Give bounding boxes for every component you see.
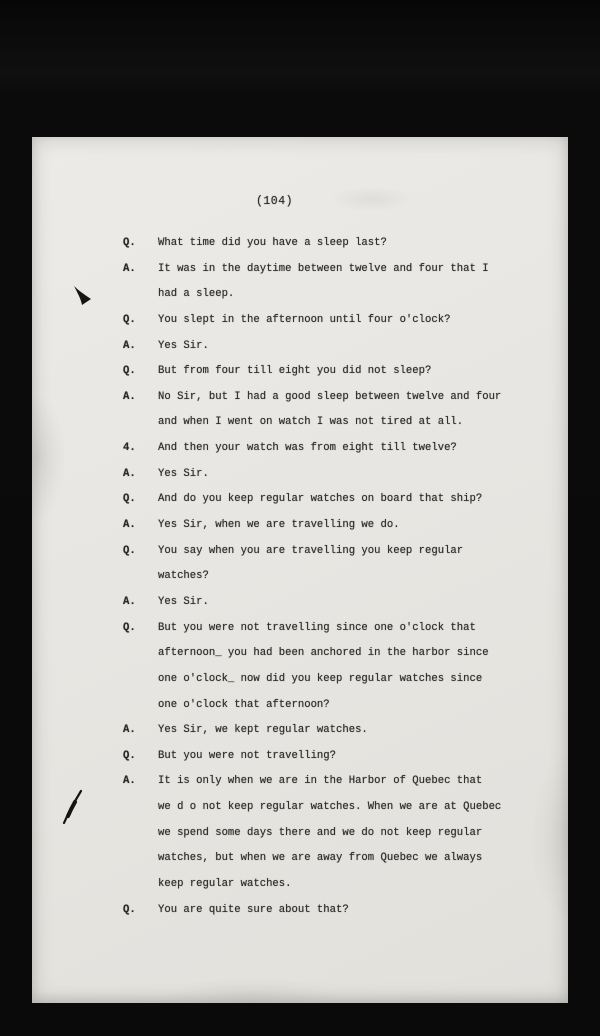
transcript: Q.What time did you have a sleep last?A.… (32, 231, 568, 923)
speaker-label: Q. (123, 359, 158, 385)
transcript-row: we d o not keep regular watches. When we… (32, 795, 568, 821)
transcript-line-text: What time did you have a sleep last? (158, 231, 387, 257)
speaker-label: A. (123, 257, 158, 283)
transcript-row: had a sleep. (32, 282, 568, 308)
speaker-label: A. (123, 513, 158, 539)
transcript-row: Q.But you were not travelling? (32, 744, 568, 770)
transcript-line-text: watches? (158, 564, 209, 590)
transcript-line-text: Yes Sir. (158, 590, 209, 616)
speaker-label: A. (123, 718, 158, 744)
transcript-line-text: Yes Sir, when we are travelling we do. (158, 513, 400, 539)
transcript-line-text: You say when you are travelling you keep… (158, 539, 463, 565)
speaker-label: 4. (123, 436, 158, 462)
transcript-line-text: It is only when we are in the Harbor of … (158, 769, 482, 795)
speaker-label: Q. (123, 744, 158, 770)
page-number: (104) (256, 195, 293, 208)
transcript-row: A.It is only when we are in the Harbor o… (32, 769, 568, 795)
transcript-line-text: afternoon_ you had been anchored in the … (158, 641, 489, 667)
document-page: (104) Q.What time did you have a sleep l… (32, 137, 568, 1003)
transcript-line-text: And then your watch was from eight till … (158, 436, 457, 462)
transcript-line-text: one o'clock that afternoon? (158, 693, 330, 719)
speaker-label (123, 872, 158, 898)
transcript-row: A.It was in the daytime between twelve a… (32, 257, 568, 283)
speaker-label: A. (123, 385, 158, 411)
transcript-line-text: one o'clock_ now did you keep regular wa… (158, 667, 482, 693)
speaker-label: Q. (123, 231, 158, 257)
transcript-line-text: and when I went on watch I was not tired… (158, 410, 463, 436)
transcript-line-text: No Sir, but I had a good sleep between t… (158, 385, 501, 411)
speaker-label: Q. (123, 308, 158, 334)
speaker-label: Q. (123, 487, 158, 513)
speaker-label (123, 410, 158, 436)
speaker-label (123, 667, 158, 693)
speaker-label: A. (123, 769, 158, 795)
speaker-label (123, 846, 158, 872)
transcript-row: A.Yes Sir. (32, 590, 568, 616)
transcript-line-text: we d o not keep regular watches. When we… (158, 795, 501, 821)
transcript-row: and when I went on watch I was not tired… (32, 410, 568, 436)
transcript-row: we spend some days there and we do not k… (32, 821, 568, 847)
speaker-label (123, 564, 158, 590)
transcript-row: Q.You are quite sure about that? (32, 898, 568, 924)
transcript-row: Q.And do you keep regular watches on boa… (32, 487, 568, 513)
speaker-label: Q. (123, 898, 158, 924)
speaker-label (123, 795, 158, 821)
transcript-line-text: we spend some days there and we do not k… (158, 821, 482, 847)
transcript-row: A.Yes Sir. (32, 334, 568, 360)
scan-background: (104) Q.What time did you have a sleep l… (0, 0, 600, 1036)
speaker-label: Q. (123, 539, 158, 565)
speaker-label (123, 821, 158, 847)
transcript-row: watches? (32, 564, 568, 590)
speaker-label: A. (123, 462, 158, 488)
transcript-row: A.No Sir, but I had a good sleep between… (32, 385, 568, 411)
transcript-line-text: But from four till eight you did not sle… (158, 359, 431, 385)
transcript-line-text: had a sleep. (158, 282, 234, 308)
transcript-row: A.Yes Sir. (32, 462, 568, 488)
speaker-label: A. (123, 590, 158, 616)
transcript-line-text: And do you keep regular watches on board… (158, 487, 482, 513)
speaker-label (123, 282, 158, 308)
arrow-ink-mark (73, 285, 95, 309)
transcript-line-text: It was in the daytime between twelve and… (158, 257, 489, 283)
transcript-row: one o'clock that afternoon? (32, 693, 568, 719)
transcript-line-text: keep regular watches. (158, 872, 292, 898)
transcript-row: Q.But you were not travelling since one … (32, 616, 568, 642)
transcript-line-text: Yes Sir. (158, 334, 209, 360)
transcript-line-text: You are quite sure about that? (158, 898, 349, 924)
speaker-label: A. (123, 334, 158, 360)
transcript-row: one o'clock_ now did you keep regular wa… (32, 667, 568, 693)
transcript-row: A.Yes Sir, we kept regular watches. (32, 718, 568, 744)
transcript-row: Q.What time did you have a sleep last? (32, 231, 568, 257)
transcript-line-text: Yes Sir. (158, 462, 209, 488)
transcript-line-text: Yes Sir, we kept regular watches. (158, 718, 368, 744)
transcript-row: 4.And then your watch was from eight til… (32, 436, 568, 462)
transcript-line-text: watches, but when we are away from Quebe… (158, 846, 482, 872)
speaker-label (123, 641, 158, 667)
transcript-line-text: You slept in the afternoon until four o'… (158, 308, 450, 334)
transcript-line-text: But you were not travelling? (158, 744, 336, 770)
transcript-row: afternoon_ you had been anchored in the … (32, 641, 568, 667)
transcript-row: watches, but when we are away from Quebe… (32, 846, 568, 872)
transcript-row: keep regular watches. (32, 872, 568, 898)
speaker-label (123, 693, 158, 719)
transcript-row: Q.You say when you are travelling you ke… (32, 539, 568, 565)
speaker-label: Q. (123, 616, 158, 642)
transcript-row: Q.You slept in the afternoon until four … (32, 308, 568, 334)
pen-stroke-mark (60, 787, 86, 827)
transcript-row: A.Yes Sir, when we are travelling we do. (32, 513, 568, 539)
transcript-line-text: But you were not travelling since one o'… (158, 616, 476, 642)
transcript-row: Q.But from four till eight you did not s… (32, 359, 568, 385)
